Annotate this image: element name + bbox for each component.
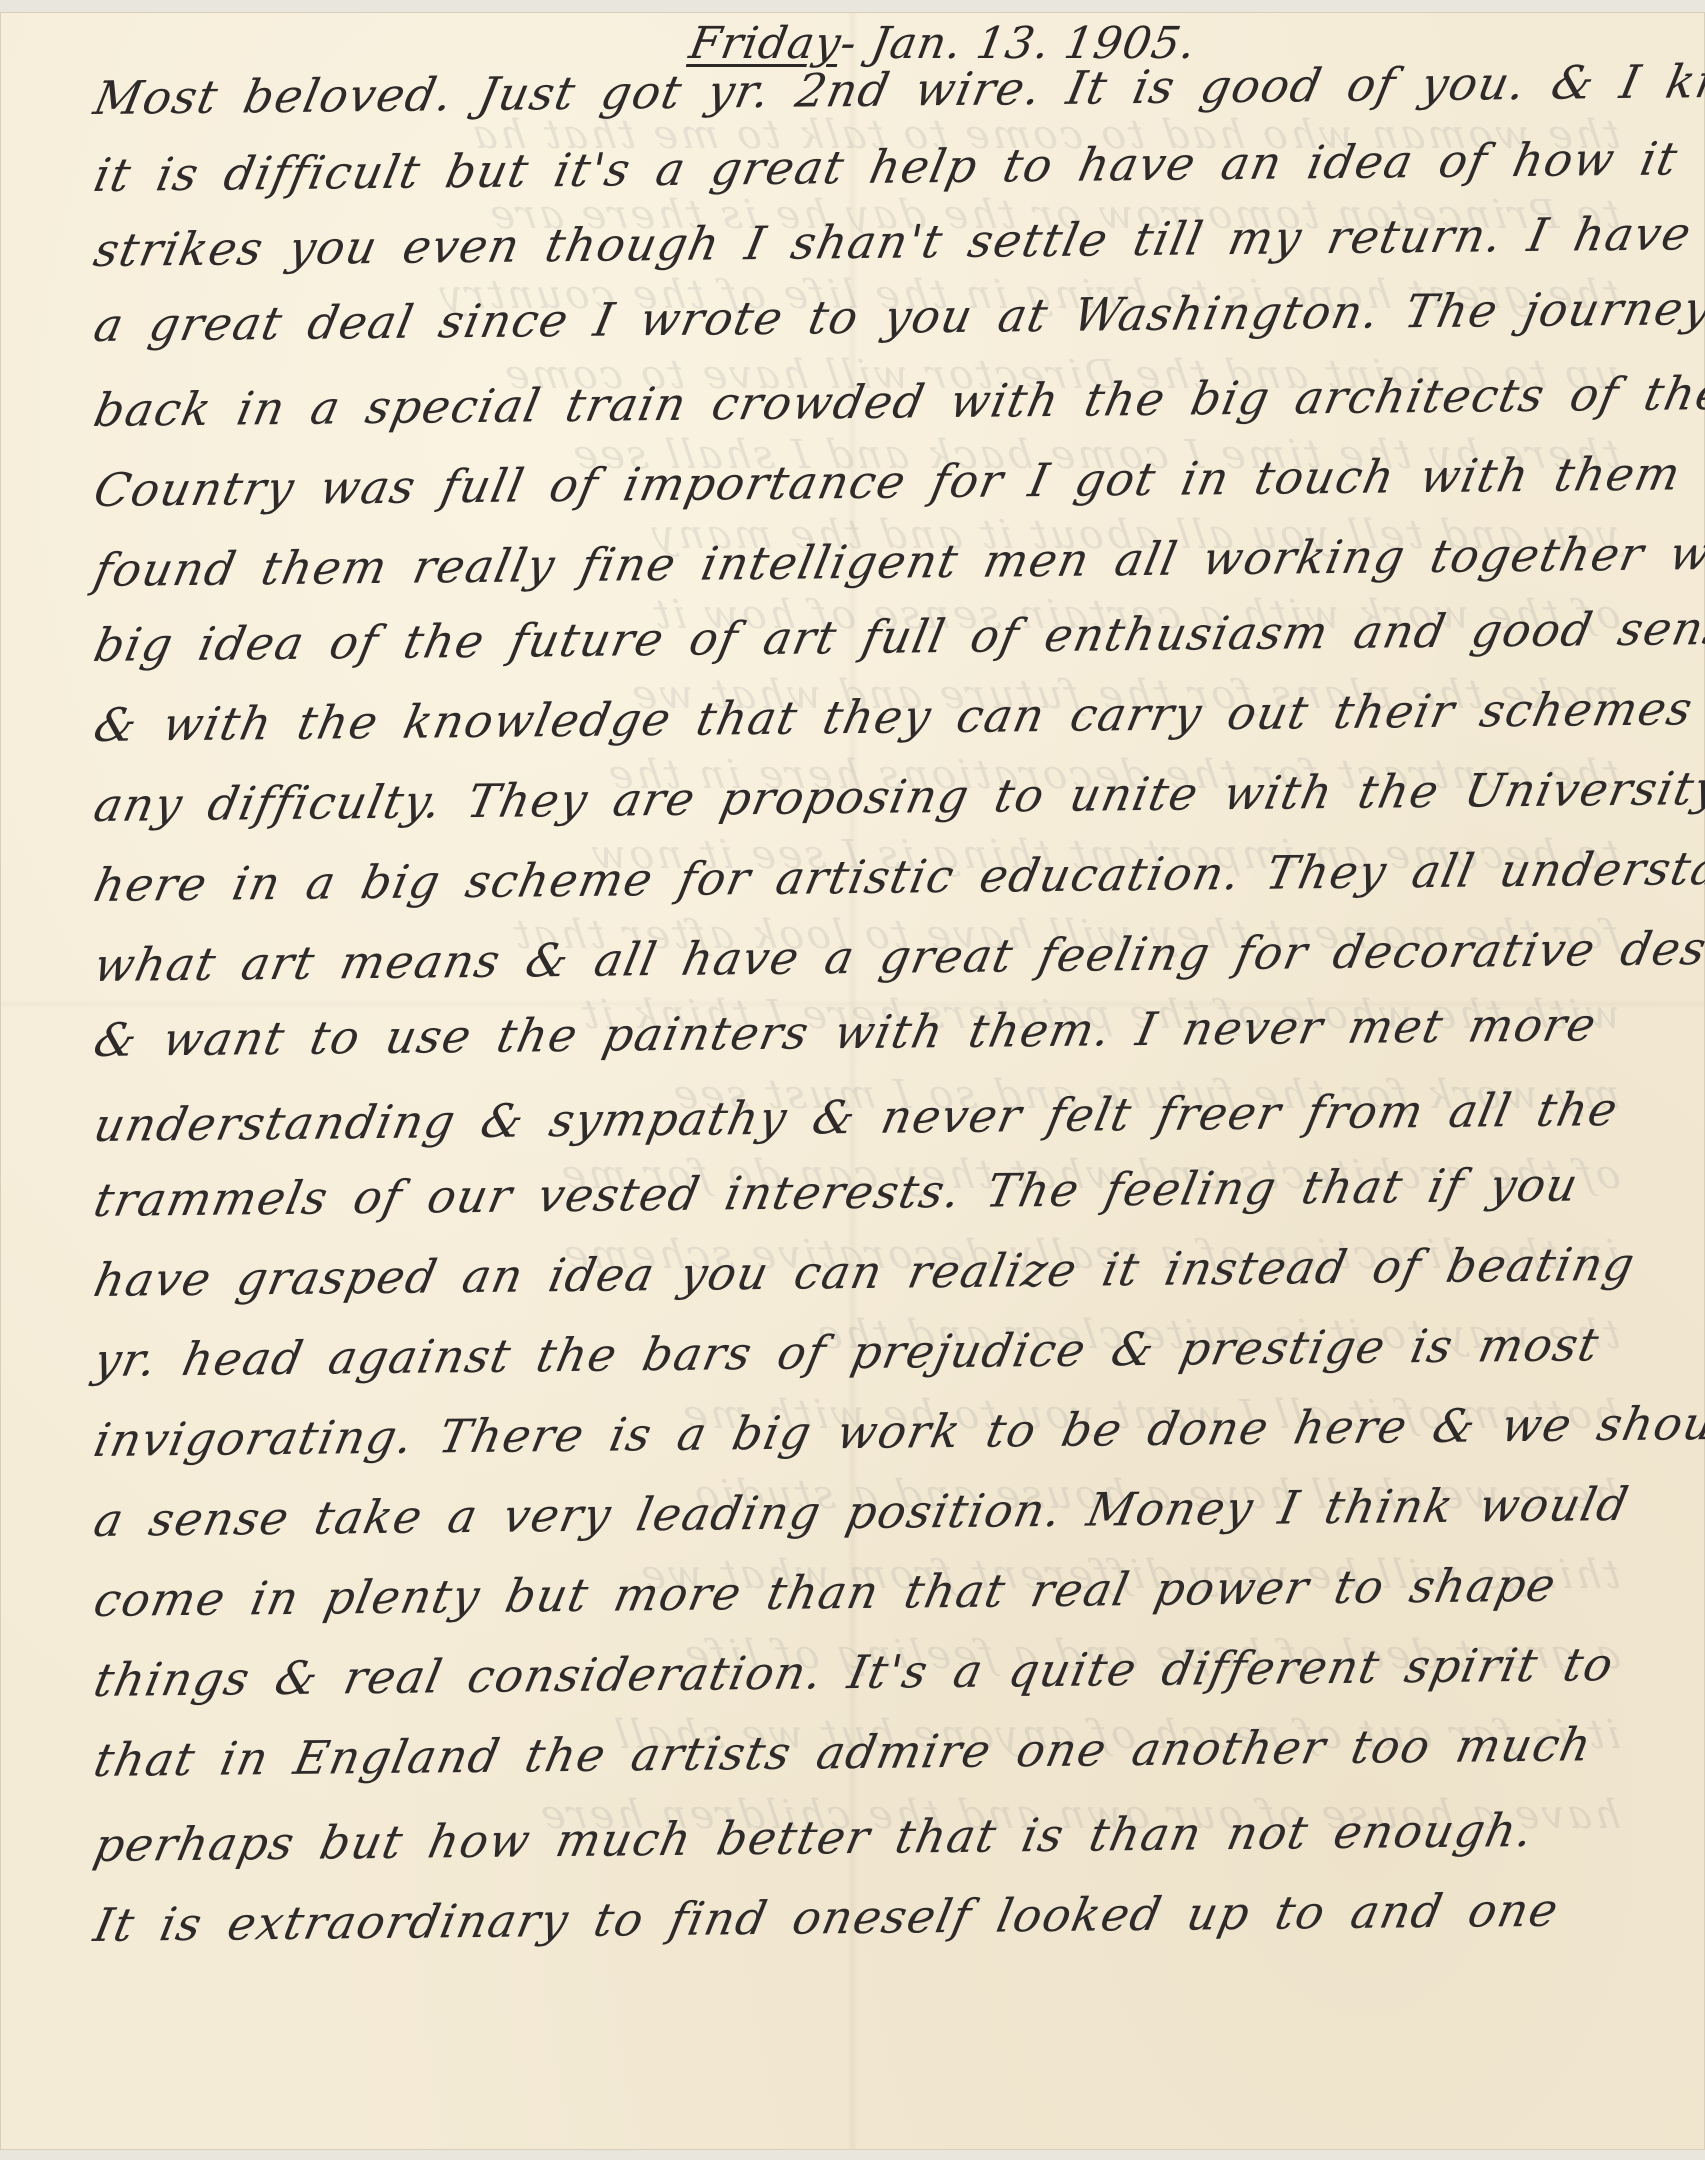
letter-line: a great deal since I wrote to you at Was… [89, 279, 1644, 355]
letter-line: here in a big scheme for artistic educat… [89, 839, 1644, 915]
letter-content: Friday- Jan. 13. 1905. Most beloved. Jus… [0, 0, 1705, 2160]
letter-line: that in England the artists admire one a… [89, 1714, 1644, 1790]
letter-line: come in plenty but more than that real p… [89, 1554, 1644, 1630]
letter-line: perhaps but how much better that is than… [89, 1799, 1644, 1875]
letter-line: back in a special train crowded with the… [89, 364, 1644, 440]
letter-line: what art means & all have a great feelin… [89, 919, 1644, 995]
letter-line: invigorating. There is a big work to be … [89, 1394, 1644, 1470]
letter-line: understanding & sympathy & never felt fr… [89, 1079, 1644, 1155]
letter-line: any difficulty. They are proposing to un… [89, 759, 1644, 835]
letter-line: big idea of the future of art full of en… [89, 599, 1644, 675]
letter-line: found them really fine intelligent men a… [89, 524, 1644, 600]
letter-line: a sense take a very leading position. Mo… [89, 1474, 1644, 1550]
letter-line: things & real consideration. It's a quit… [89, 1634, 1644, 1710]
letter-line: It is extraordinary to find oneself look… [89, 1879, 1644, 1955]
letter-line: strikes you even though I shan't settle … [89, 204, 1644, 280]
letter-line: Country was full of importance for I got… [89, 444, 1644, 520]
letter-line: & want to use the painters with them. I … [89, 994, 1644, 1070]
letter-line: & with the knowledge that they can carry… [89, 679, 1644, 755]
letter-line: yr. head against the bars of prejudice &… [89, 1314, 1644, 1390]
letter-line: trammels of our vested interests. The fe… [89, 1154, 1644, 1230]
letter-line: Most beloved. Just got yr. 2nd wire. It … [89, 52, 1644, 128]
letter-line: it is difficult but it's a great help to… [89, 129, 1644, 205]
letter-line: have grasped an idea you can realize it … [89, 1234, 1644, 1310]
